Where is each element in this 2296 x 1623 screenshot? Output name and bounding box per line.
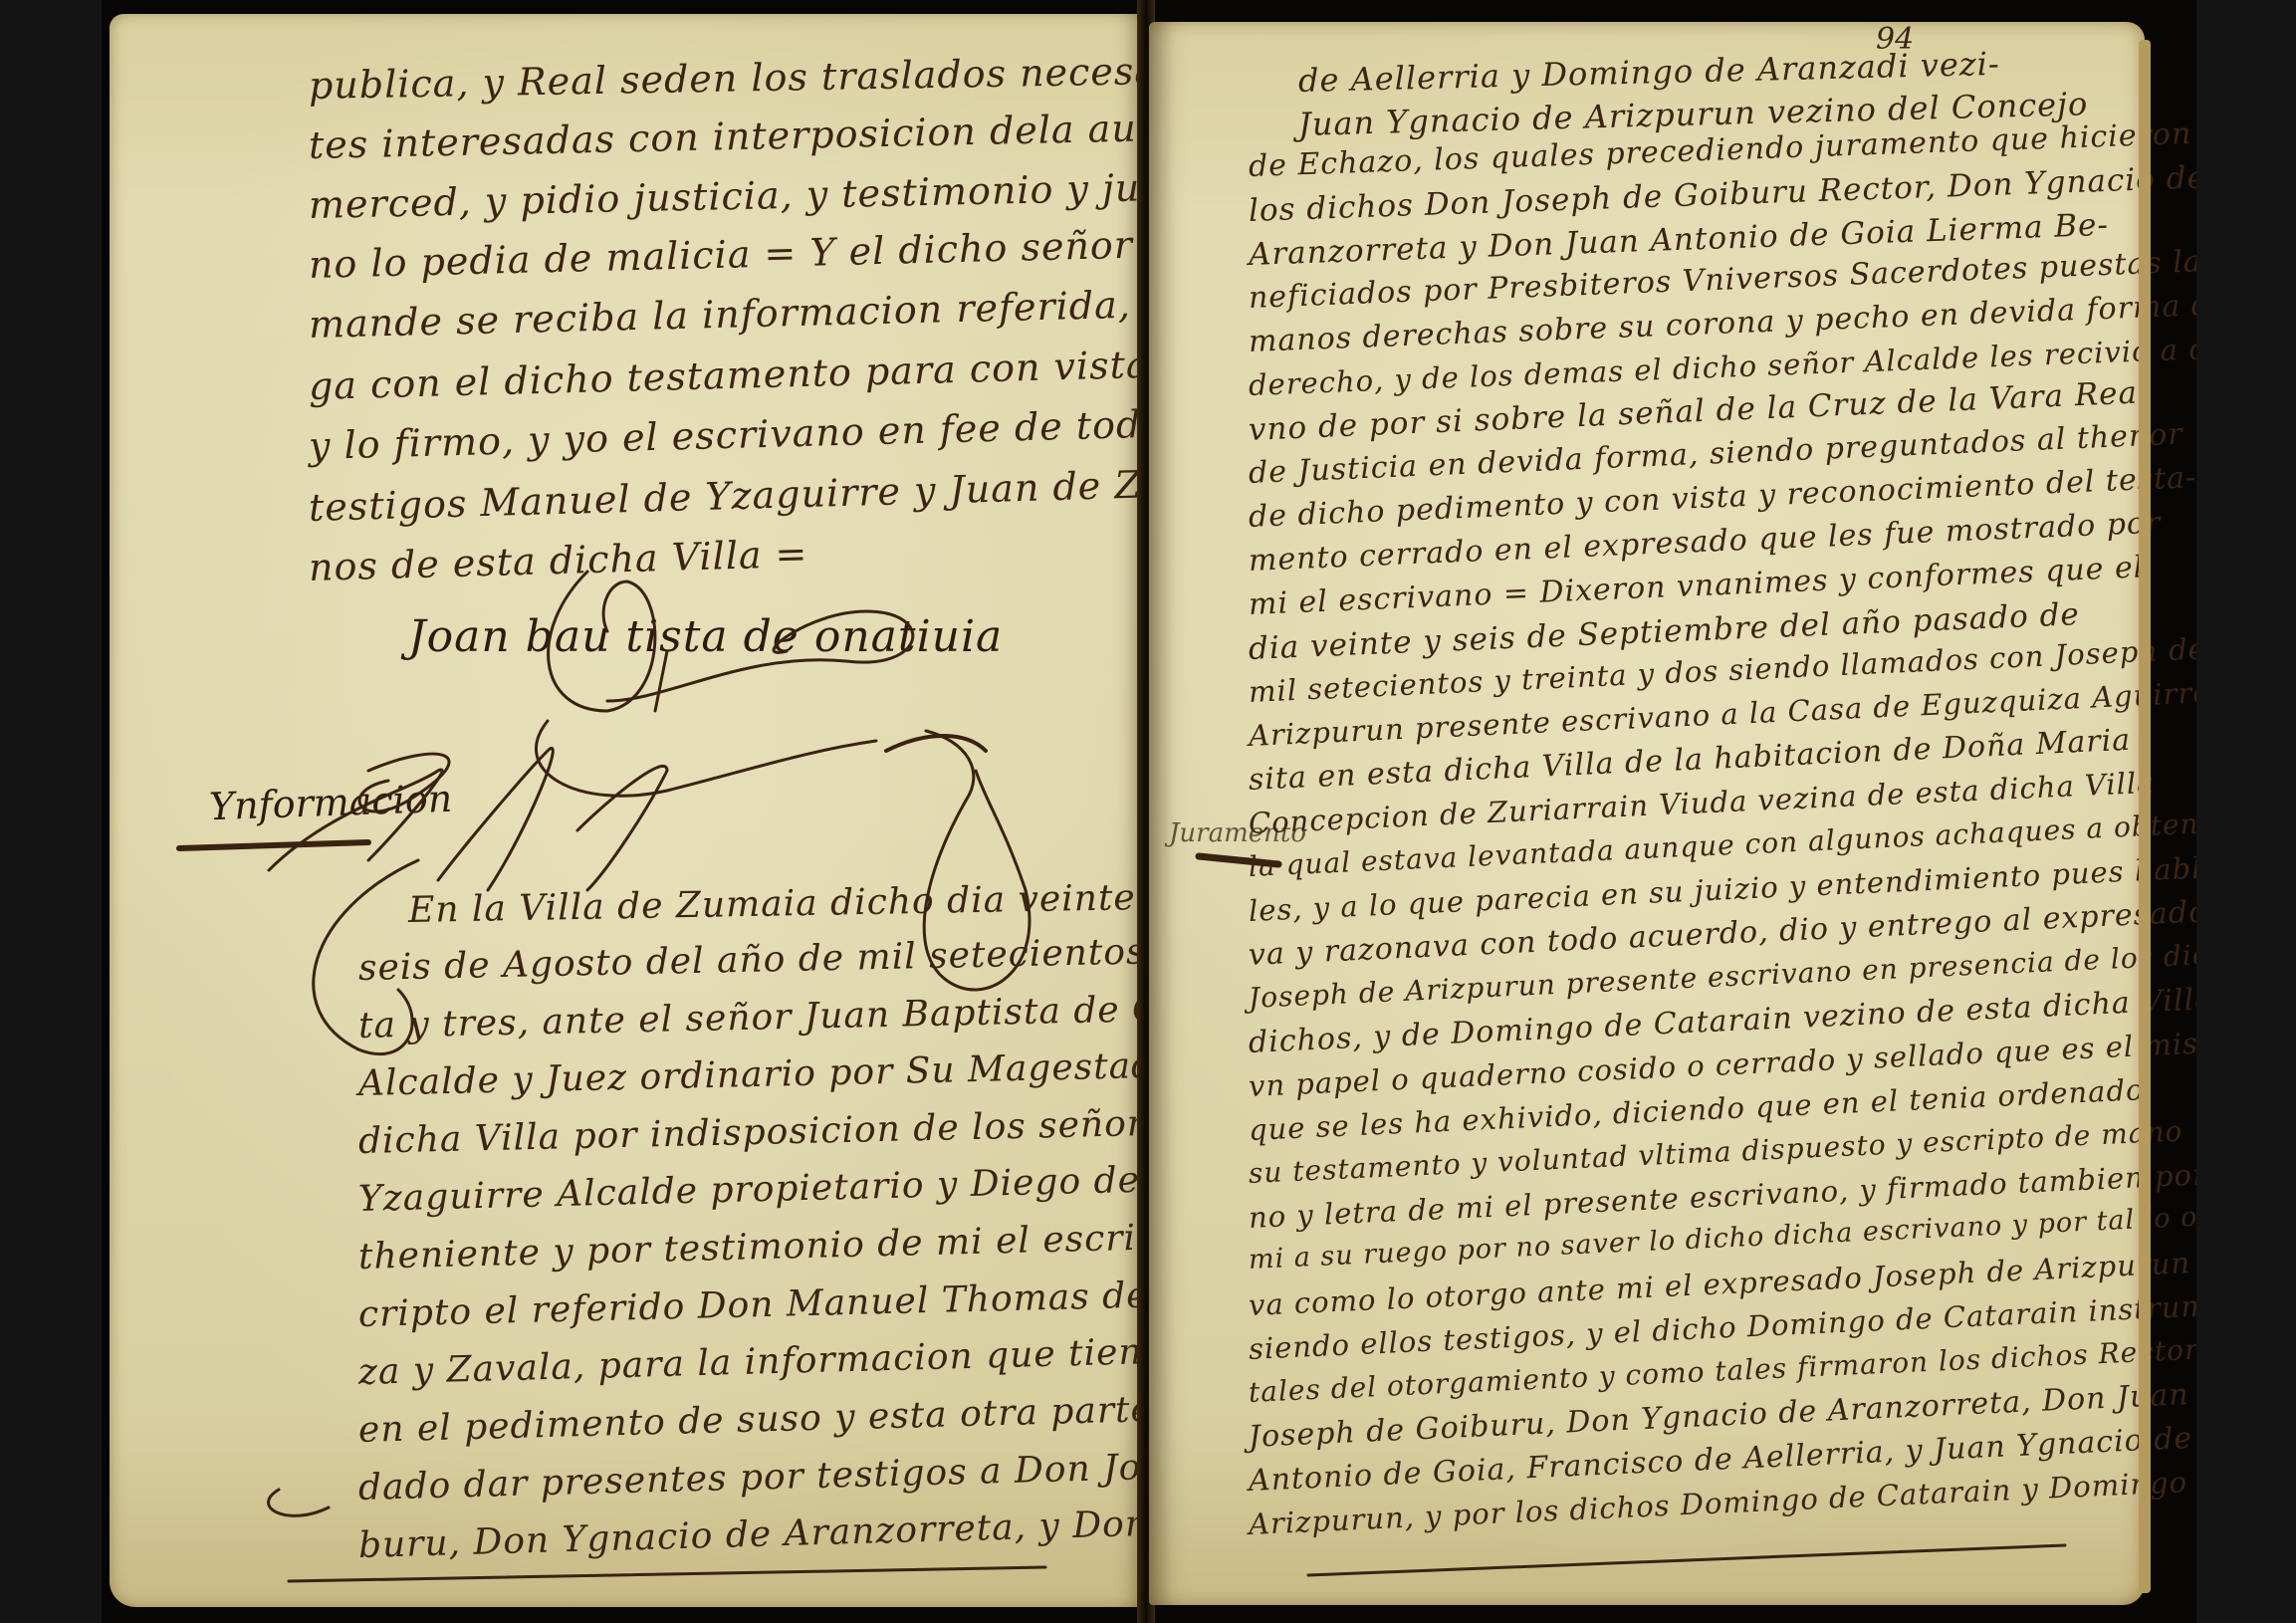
text-line: cripto el referido Don Manuel Thomas de … (357, 1273, 1263, 1335)
text-line: buru, Don Ygnacio de Aranzorreta, y Don … (357, 1501, 1248, 1566)
manuscript-photo: publica, y Real seden los traslados nece… (102, 0, 2196, 1623)
page-edge (2139, 40, 2151, 1593)
right-page: 94 Juramento de Aellerria y Domingo de A… (1149, 22, 2145, 1605)
left-page: publica, y Real seden los traslados nece… (110, 14, 1145, 1607)
left-page-text-bottom: En la Villa de Zumaia dicho dia veinte y… (110, 14, 1145, 1607)
text-line: En la Villa de Zumaia dicho dia veinte y (408, 877, 1170, 931)
right-page-text: de Aellerria y Domingo de Aranzadi vezi-… (1149, 22, 2145, 1605)
